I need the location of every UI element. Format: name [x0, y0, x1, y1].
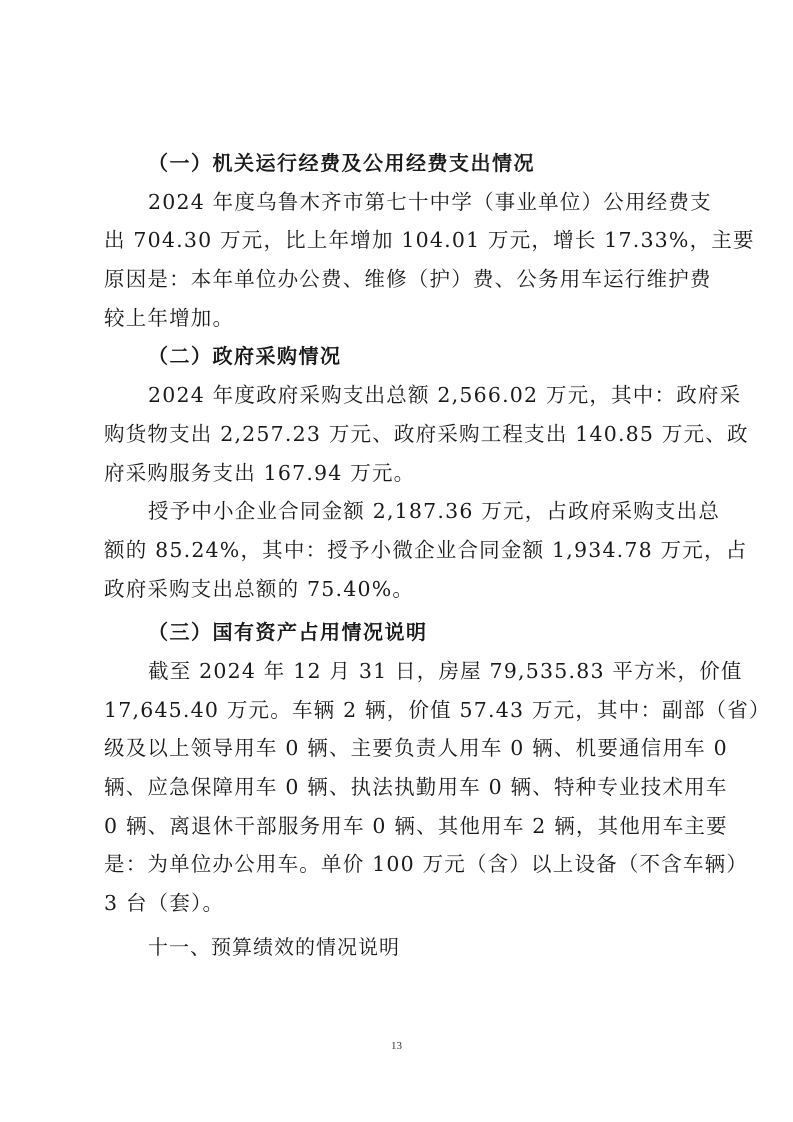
paragraph-line: 额的 85.24%，其中：授予小微企业合同金额 1,934.78 万元，占 [104, 531, 692, 570]
paragraph-line: 较上年增加。 [104, 299, 692, 338]
paragraph-line: 授予中小企业合同金额 2,187.36 万元，占政府采购支出总 [104, 492, 692, 531]
paragraph-line: 2024 年度乌鲁木齐市第七十中学（事业单位）公用经费支 [104, 183, 692, 222]
paragraph-line: 购货物支出 2,257.23 万元、政府采购工程支出 140.85 万元、政 [104, 415, 692, 454]
paragraph-line: 2024 年度政府采购支出总额 2,566.02 万元，其中：政府采 [104, 376, 692, 415]
paragraph-line: 辆、应急保障用车 0 辆、执法执勤用车 0 辆、特种专业技术用车 [104, 768, 692, 807]
paragraph-line: 截至 2024 年 12 月 31 日，房屋 79,535.83 平方米，价值 [104, 652, 692, 691]
section-heading-operating-funds: （一）机关运行经费及公用经费支出情况 [104, 144, 692, 183]
paragraph-line: 出 704.30 万元，比上年增加 104.01 万元，增长 17.33%，主要 [104, 221, 692, 260]
paragraph-line: 府采购服务支出 167.94 万元。 [104, 454, 692, 493]
section-heading-procurement: （二）政府采购情况 [104, 337, 692, 376]
paragraph-line: 3 台（套）。 [104, 884, 692, 923]
paragraph-line: 17,645.40 万元。车辆 2 辆，价值 57.43 万元，其中：副部（省） [104, 691, 692, 730]
paragraph-line: 级及以上领导用车 0 辆、主要负责人用车 0 辆、机要通信用车 0 [104, 729, 692, 768]
paragraph-line: 是：为单位办公用车。单价 100 万元（含）以上设备（不含车辆） [104, 845, 692, 884]
paragraph-line: 0 辆、离退休干部服务用车 0 辆、其他用车 2 辆，其他用车主要 [104, 807, 692, 846]
paragraph-line: 政府采购支出总额的 75.40%。 [104, 570, 692, 609]
document-page: （一）机关运行经费及公用经费支出情况 2024 年度乌鲁木齐市第七十中学（事业单… [104, 144, 692, 966]
paragraph-line: 原因是：本年单位办公费、维修（护）费、公务用车运行维护费 [104, 260, 692, 299]
page-number: 13 [0, 1040, 793, 1052]
section-heading-state-assets: （三）国有资产占用情况说明 [104, 613, 692, 652]
section-heading-budget-performance: 十一、预算绩效的情况说明 [104, 928, 692, 967]
